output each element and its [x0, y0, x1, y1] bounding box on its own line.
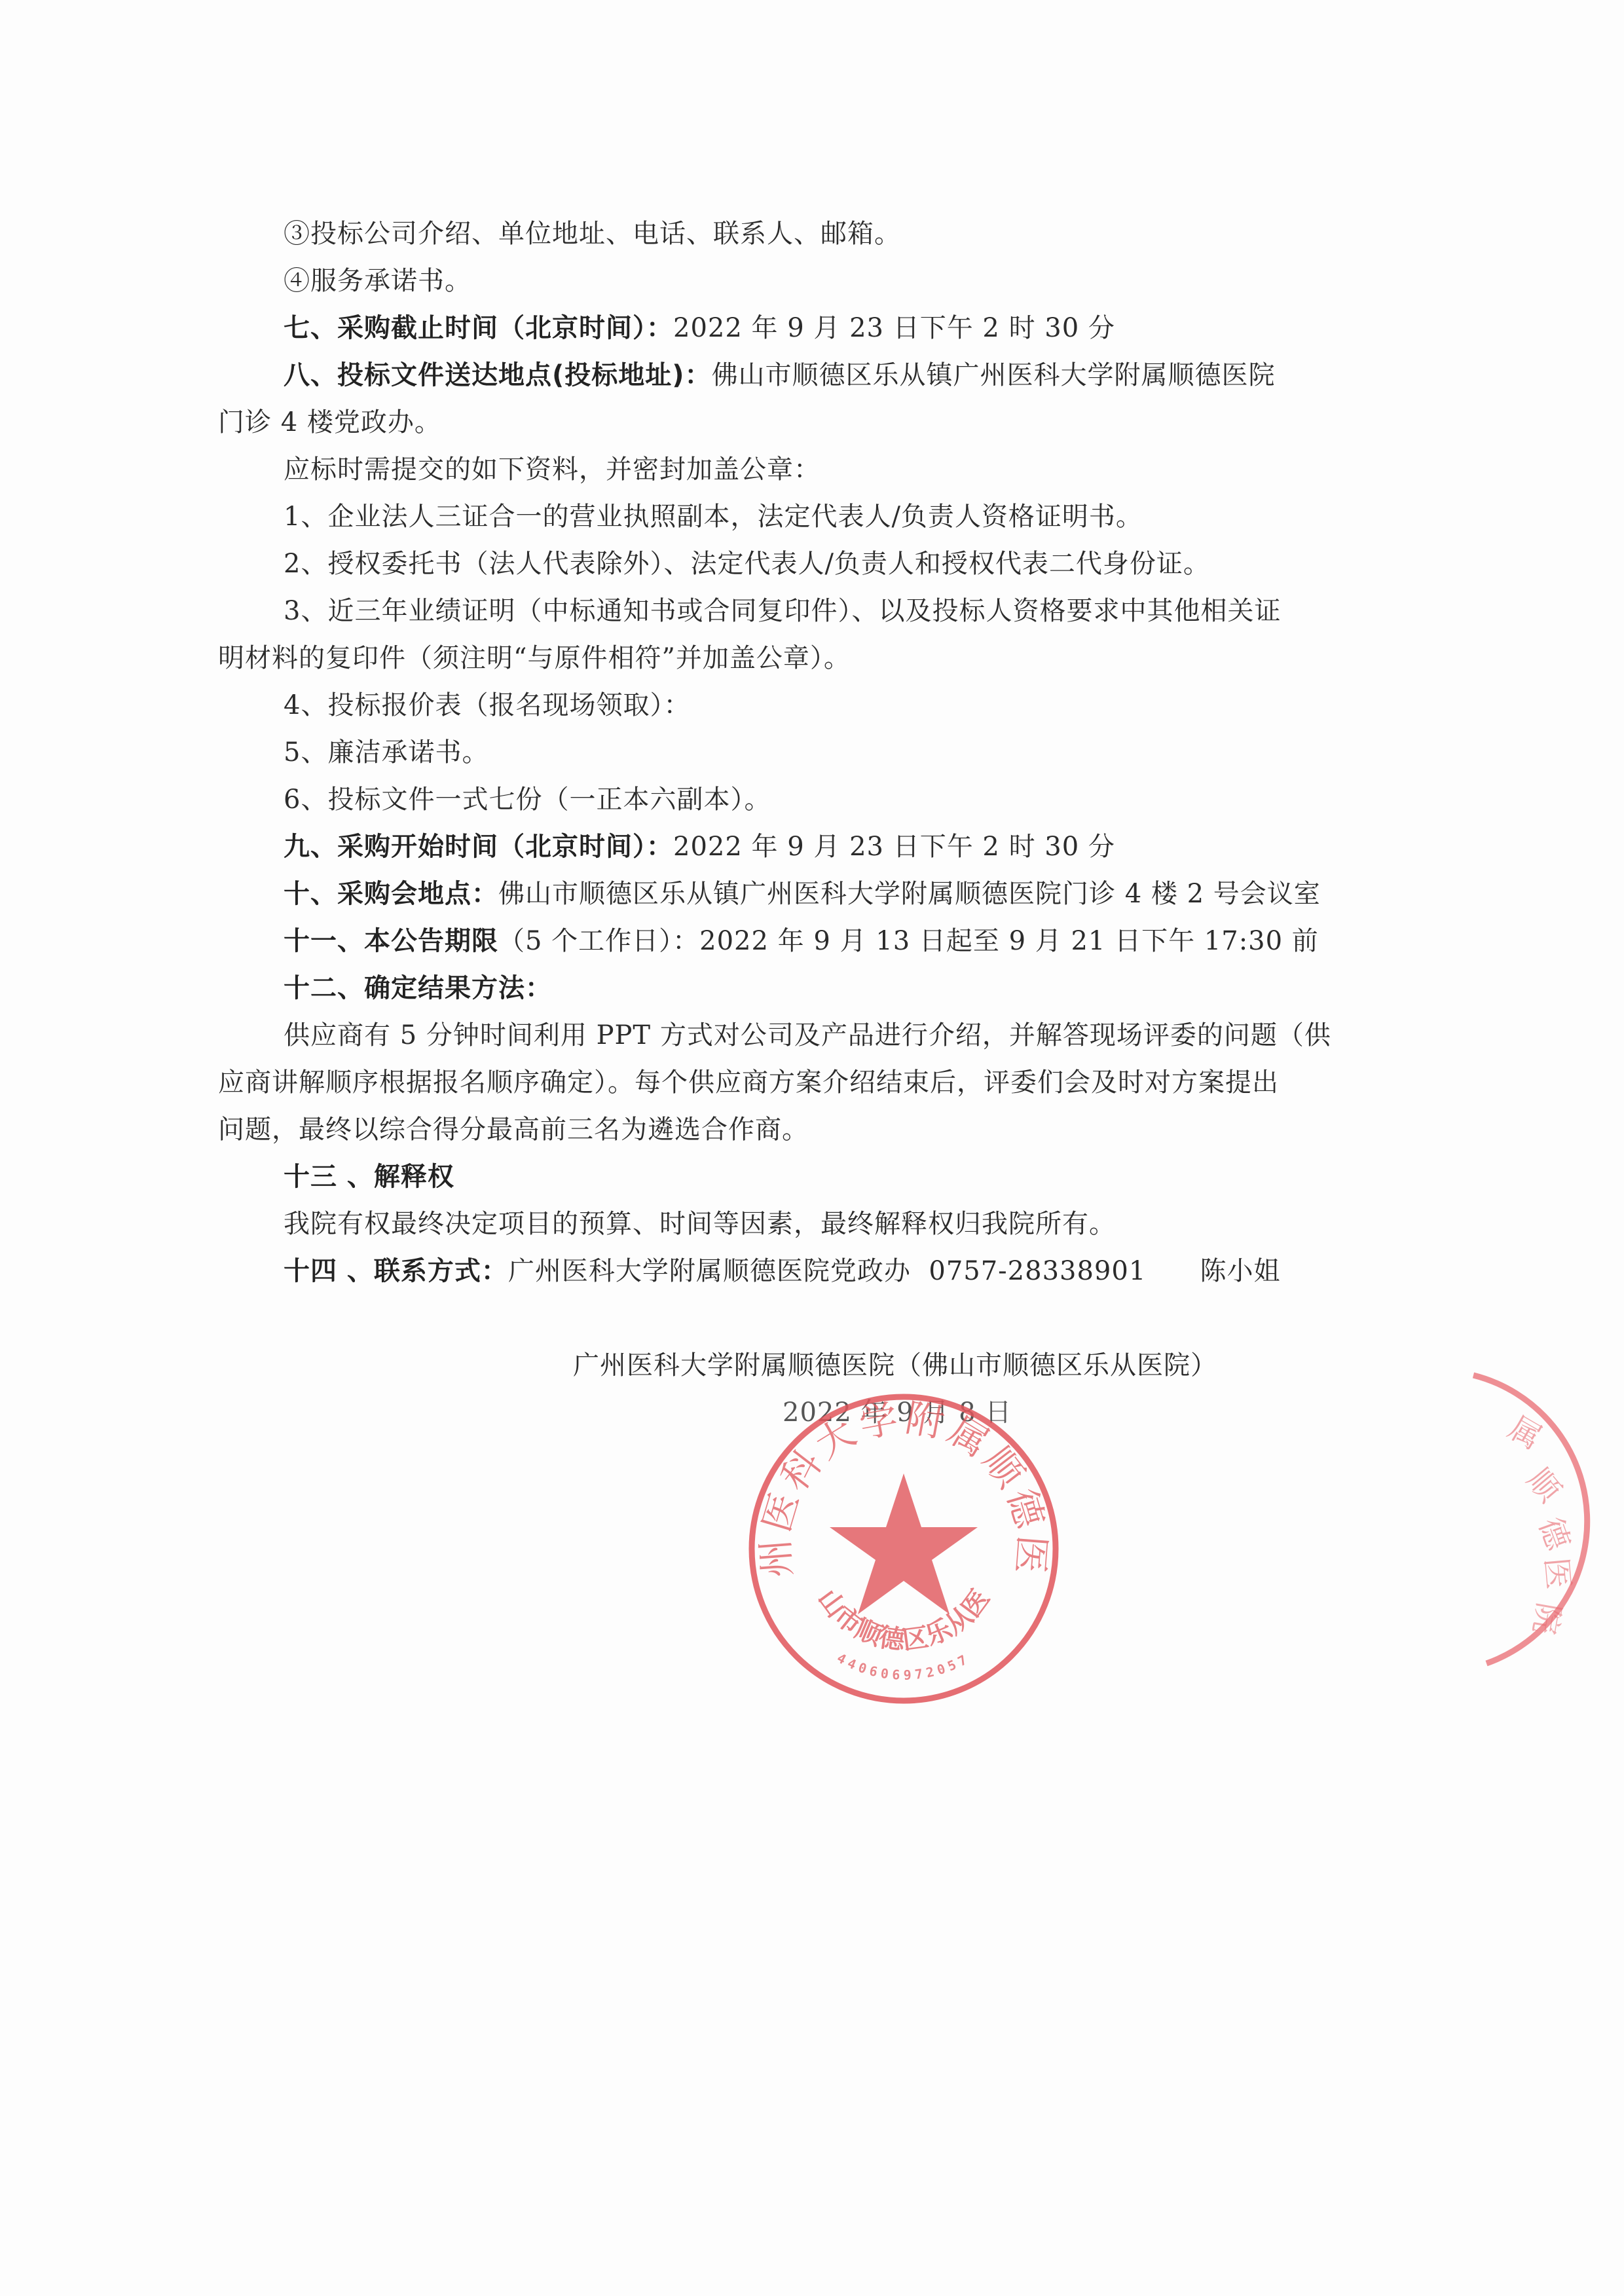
material-item-2: 2、授权委托书（法人代表除外）、法定代表人/负责人和授权代表二代身份证。 [284, 547, 1210, 580]
section-heading: 十二、确定结果方法： [284, 973, 552, 1003]
line-text: 门诊 4 楼党政办。 [218, 407, 441, 437]
section-8-continuation: 门诊 4 楼党政办。 [218, 406, 441, 439]
section-heading: 八、投标文件送达地点(投标地址)： [284, 360, 712, 390]
document-page: ③投标公司介绍、单位地址、电话、联系人、邮箱。 ④服务承诺书。 七、采购截止时间… [0, 0, 1624, 2296]
line-text: 明材料的复印件（须注明“与原件相符”并加盖公章）。 [218, 643, 851, 673]
line-text: 3、近三年业绩证明（中标通知书或合同复印件）、以及投标人资格要求中其他相关证 [284, 596, 1281, 626]
line-text: 2、授权委托书（法人代表除外）、法定代表人/负责人和授权代表二代身份证。 [284, 549, 1210, 579]
line-text: 4、投标报价表（报名现场领取）： [284, 690, 690, 720]
section-heading: 十三 、解释权 [284, 1162, 454, 1192]
section-9-start-time: 九、采购开始时间（北京时间）：2022 年 9 月 23 日下午 2 时 30 … [284, 830, 1115, 863]
line-text: 问题，最终以综合得分最高前三名为遴选合作商。 [218, 1115, 809, 1145]
line-text: 5、廉洁承诺书。 [284, 737, 489, 768]
svg-text:顺: 顺 [1520, 1462, 1568, 1510]
required-materials-intro: 应标时需提交的如下资料，并密封加盖公章： [284, 453, 821, 486]
line-text: 6、投标文件一式七份（一正本六副本）。 [284, 785, 771, 815]
material-item-5: 5、廉洁承诺书。 [284, 736, 489, 769]
svg-text:德: 德 [1532, 1513, 1578, 1556]
partial-seal-icon: 属 顺 德 医 院 [1428, 1349, 1624, 1690]
section-12-result-method: 十二、确定结果方法： [284, 972, 552, 1005]
material-item-3: 3、近三年业绩证明（中标通知书或合同复印件）、以及投标人资格要求中其他相关证 [284, 595, 1281, 627]
svg-text:医: 医 [1538, 1556, 1577, 1591]
item-3-company-info: ③投标公司介绍、单位地址、电话、联系人、邮箱。 [284, 217, 901, 250]
section-heading: 九、采购开始时间（北京时间）： [284, 832, 673, 862]
result-method-paragraph-2: 应商讲解顺序根据报名顺序确定）。每个供应商方案介绍结束后，评委们会及时对方案提出 [218, 1066, 1279, 1099]
section-11-notice-period: 十一、本公告期限（5 个工作日）：2022 年 9 月 13 日起至 9 月 2… [284, 925, 1319, 957]
material-item-4: 4、投标报价表（报名现场领取）： [284, 689, 690, 722]
issue-date: 2022 年 9 月 8 日 [783, 1396, 1012, 1429]
result-method-paragraph-1: 供应商有 5 分钟时间利用 PPT 方式对公司及产品进行介绍，并解答现场评委的问… [284, 1019, 1331, 1052]
line-text: 2022 年 9 月 23 日下午 2 时 30 分 [673, 832, 1115, 862]
section-13-interpretation: 十三 、解释权 [284, 1160, 454, 1193]
svg-text:院: 院 [1526, 1600, 1567, 1637]
line-text: 2022 年 9 月 23 日下午 2 时 30 分 [673, 313, 1115, 343]
section-8-delivery-location: 八、投标文件送达地点(投标地址)：佛山市顺德区乐从镇广州医科大学附属顺德医院 [284, 359, 1276, 392]
line-text: 应商讲解顺序根据报名顺序确定）。每个供应商方案介绍结束后，评委们会及时对方案提出 [218, 1067, 1279, 1098]
line-text: 供应商有 5 分钟时间利用 PPT 方式对公司及产品进行介绍，并解答现场评委的问… [284, 1020, 1331, 1050]
section-heading: 十一、本公告期限 [284, 926, 498, 956]
line-text: ③投标公司介绍、单位地址、电话、联系人、邮箱。 [284, 219, 901, 249]
line-text: 佛山市顺德区乐从镇广州医科大学附属顺德医院门诊 4 楼 2 号会议室 [498, 879, 1321, 909]
issuer-name: 广州医科大学附属顺德医院（佛山市顺德区乐从医院） [573, 1349, 1217, 1382]
interpretation-text: 我院有权最终决定项目的预算、时间等因素，最终解释权归我院所有。 [284, 1208, 1116, 1240]
section-14-contact: 十四 、联系方式：广州医科大学附属顺德医院党政办 0757-28338901 陈… [284, 1255, 1281, 1287]
line-text: 广州医科大学附属顺德医院党政办 0757-28338901 陈小姐 [508, 1256, 1281, 1286]
line-text: 佛山市顺德区乐从镇广州医科大学附属顺德医院 [712, 360, 1276, 390]
material-item-1: 1、企业法人三证合一的营业执照副本，法定代表人/负责人资格证明书。 [284, 500, 1143, 533]
line-text: （5 个工作日）：2022 年 9 月 13 日起至 9 月 21 日下午 17… [498, 926, 1319, 956]
official-seal-icon: 广州医科大学附属顺德医院 （佛山市顺德区乐从医院） 440606972057 [743, 1388, 1064, 1709]
material-item-6: 6、投标文件一式七份（一正本六副本）。 [284, 783, 771, 816]
item-4-service-commitment: ④服务承诺书。 [284, 265, 471, 297]
section-10-meeting-location: 十、采购会地点：佛山市顺德区乐从镇广州医科大学附属顺德医院门诊 4 楼 2 号会… [284, 878, 1321, 910]
line-text: ④服务承诺书。 [284, 266, 471, 296]
section-heading: 七、采购截止时间（北京时间）： [284, 313, 673, 343]
svg-text:440606972057: 440606972057 [834, 1650, 972, 1682]
section-heading: 十、采购会地点： [284, 879, 498, 909]
section-7-deadline: 七、采购截止时间（北京时间）：2022 年 9 月 23 日下午 2 时 30 … [284, 312, 1115, 344]
line-text: 1、企业法人三证合一的营业执照副本，法定代表人/负责人资格证明书。 [284, 502, 1143, 532]
material-item-3-continuation: 明材料的复印件（须注明“与原件相符”并加盖公章）。 [218, 642, 851, 675]
section-heading: 十四 、联系方式： [284, 1256, 508, 1286]
line-text: 我院有权最终决定项目的预算、时间等因素，最终解释权归我院所有。 [284, 1209, 1116, 1239]
svg-text:属: 属 [1502, 1409, 1548, 1457]
line-text: 应标时需提交的如下资料，并密封加盖公章： [284, 454, 821, 485]
result-method-paragraph-3: 问题，最终以综合得分最高前三名为遴选合作商。 [218, 1113, 809, 1146]
